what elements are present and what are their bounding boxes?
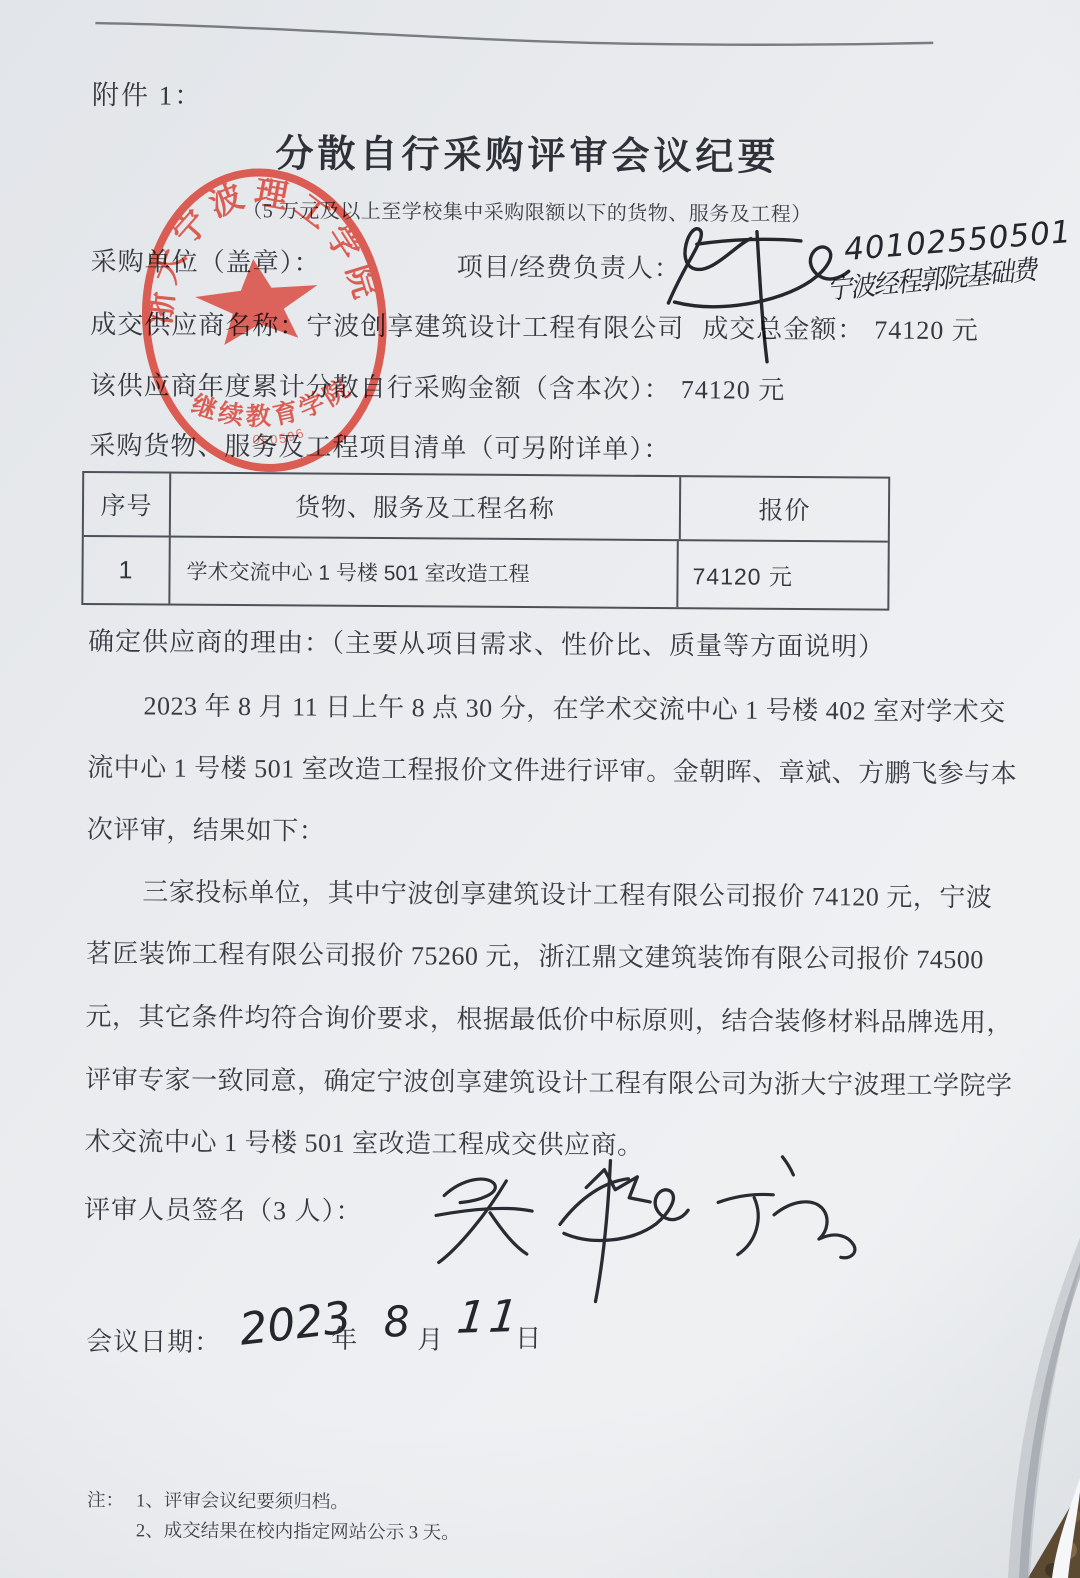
reason-paragraph-line: 2023 年 8 月 11 日上午 8 点 30 分，在学术交流中心 1 号楼 … — [88, 685, 1006, 728]
year-unit: 年 — [331, 1319, 357, 1356]
handwritten-month: 8 — [382, 1296, 412, 1347]
supplier-line: 成交供应商名称：宁波创享建筑设计工程有限公司成交总金额：74120 元 — [90, 304, 979, 347]
reviewers-sign-label: 评审人员签名（3 人）： — [84, 1189, 363, 1228]
supplier-label: 成交供应商名称： — [90, 310, 306, 341]
supplier-name: 宁波创享建筑设计工程有限公司 — [306, 312, 684, 344]
cumulative-label: 该供应商年度累计分散自行采购金额（含本次）： — [90, 371, 671, 404]
project-lead-label: 项目/经费负责人： — [457, 247, 681, 286]
page-title: 分散自行采购评审会议纪要 — [0, 120, 1056, 182]
reviewer-signature-1 — [436, 1179, 533, 1263]
handwritten-day: 11 — [455, 1291, 525, 1344]
row-name: 学术交流中心 1 号楼 501 室改造工程 — [170, 538, 678, 608]
reason-paragraph-line: 次评审，结果如下： — [87, 809, 326, 848]
reason-paragraph-line: 术交流中心 1 号楼 501 室改造工程成交供应商。 — [84, 1121, 643, 1162]
table-row: 1 学术交流中心 1 号楼 501 室改造工程 74120 元 — [83, 537, 887, 609]
meeting-date-label: 会议日期： — [86, 1321, 221, 1359]
reason-paragraph-line: 茗匠装饰工程有限公司报价 75260 元，浙江鼎文建筑装饰有限公司报价 7450… — [86, 933, 984, 976]
items-table: 序号 货物、服务及工程名称 报价 1 学术交流中心 1 号楼 501 室改造工程… — [81, 471, 890, 611]
attachment-label: 附件 1： — [92, 73, 204, 113]
day-unit: 日 — [515, 1318, 541, 1355]
table-header-no: 序号 — [84, 473, 171, 536]
reason-paragraph-line: 流中心 1 号楼 501 室改造工程报价文件进行评审。金朝晖、章斌、方鹏飞参与本 — [87, 747, 1017, 790]
amount-label: 成交总金额： — [702, 314, 864, 344]
document-photo: 附件 1： 分散自行采购评审会议纪要 （5 万元及以上至学校集中采购限额以下的货… — [0, 0, 1080, 1578]
amount-value: 74120 元 — [874, 315, 979, 345]
purchase-unit-label: 采购单位（盖章）： — [91, 241, 321, 280]
reason-paragraph-line: 评审专家一致同意，确定宁波创享建筑设计工程有限公司为浙大宁波理工学院学 — [85, 1059, 1013, 1102]
note-line-2: 2、成交结果在校内指定网站公示 3 天。 — [136, 1516, 460, 1544]
month-unit: 月 — [417, 1319, 443, 1356]
reason-paragraph-line: 元，其它条件均符合询价要求，根据最低价中标原则，结合装修材料品牌选用， — [85, 996, 1013, 1039]
cumulative-line: 该供应商年度累计分散自行采购金额（含本次）：74120 元 — [90, 365, 786, 407]
reason-paragraph-line: 三家投标单位，其中宁波创享建筑设计工程有限公司报价 74120 元，宁波 — [86, 871, 992, 914]
table-header-price: 报价 — [681, 477, 888, 540]
row-no: 1 — [83, 537, 170, 604]
cumulative-value: 74120 元 — [681, 375, 786, 405]
note-prefix: 注： — [87, 1491, 124, 1511]
table-texture — [1069, 1510, 1080, 1522]
reason-heading: 确定供应商的理由：（主要从项目需求、性价比、质量等方面说明） — [88, 621, 885, 664]
paper-sheet: 附件 1： 分散自行采购评审会议纪要 （5 万元及以上至学校集中采购限额以下的货… — [0, 0, 1080, 1578]
table-header-name: 货物、服务及工程名称 — [171, 474, 681, 540]
sheet-edge-line — [95, 23, 933, 46]
list-heading: 采购货物、服务及工程项目清单（可另附详单）： — [89, 425, 670, 466]
reviewer-signature-2 — [559, 1160, 688, 1302]
row-price: 74120 元 — [678, 541, 887, 608]
reviewer-signature-3 — [718, 1156, 856, 1257]
note-item-1: 1、评审会议纪要须归档。 — [136, 1491, 349, 1512]
note-line-1: 注：1、评审会议纪要须归档。 — [87, 1486, 349, 1514]
page-subtitle: （5 万元及以上至学校集中采购限额以下的货物、服务及工程） — [0, 192, 1055, 228]
table-header-row: 序号 货物、服务及工程名称 报价 — [84, 473, 888, 543]
